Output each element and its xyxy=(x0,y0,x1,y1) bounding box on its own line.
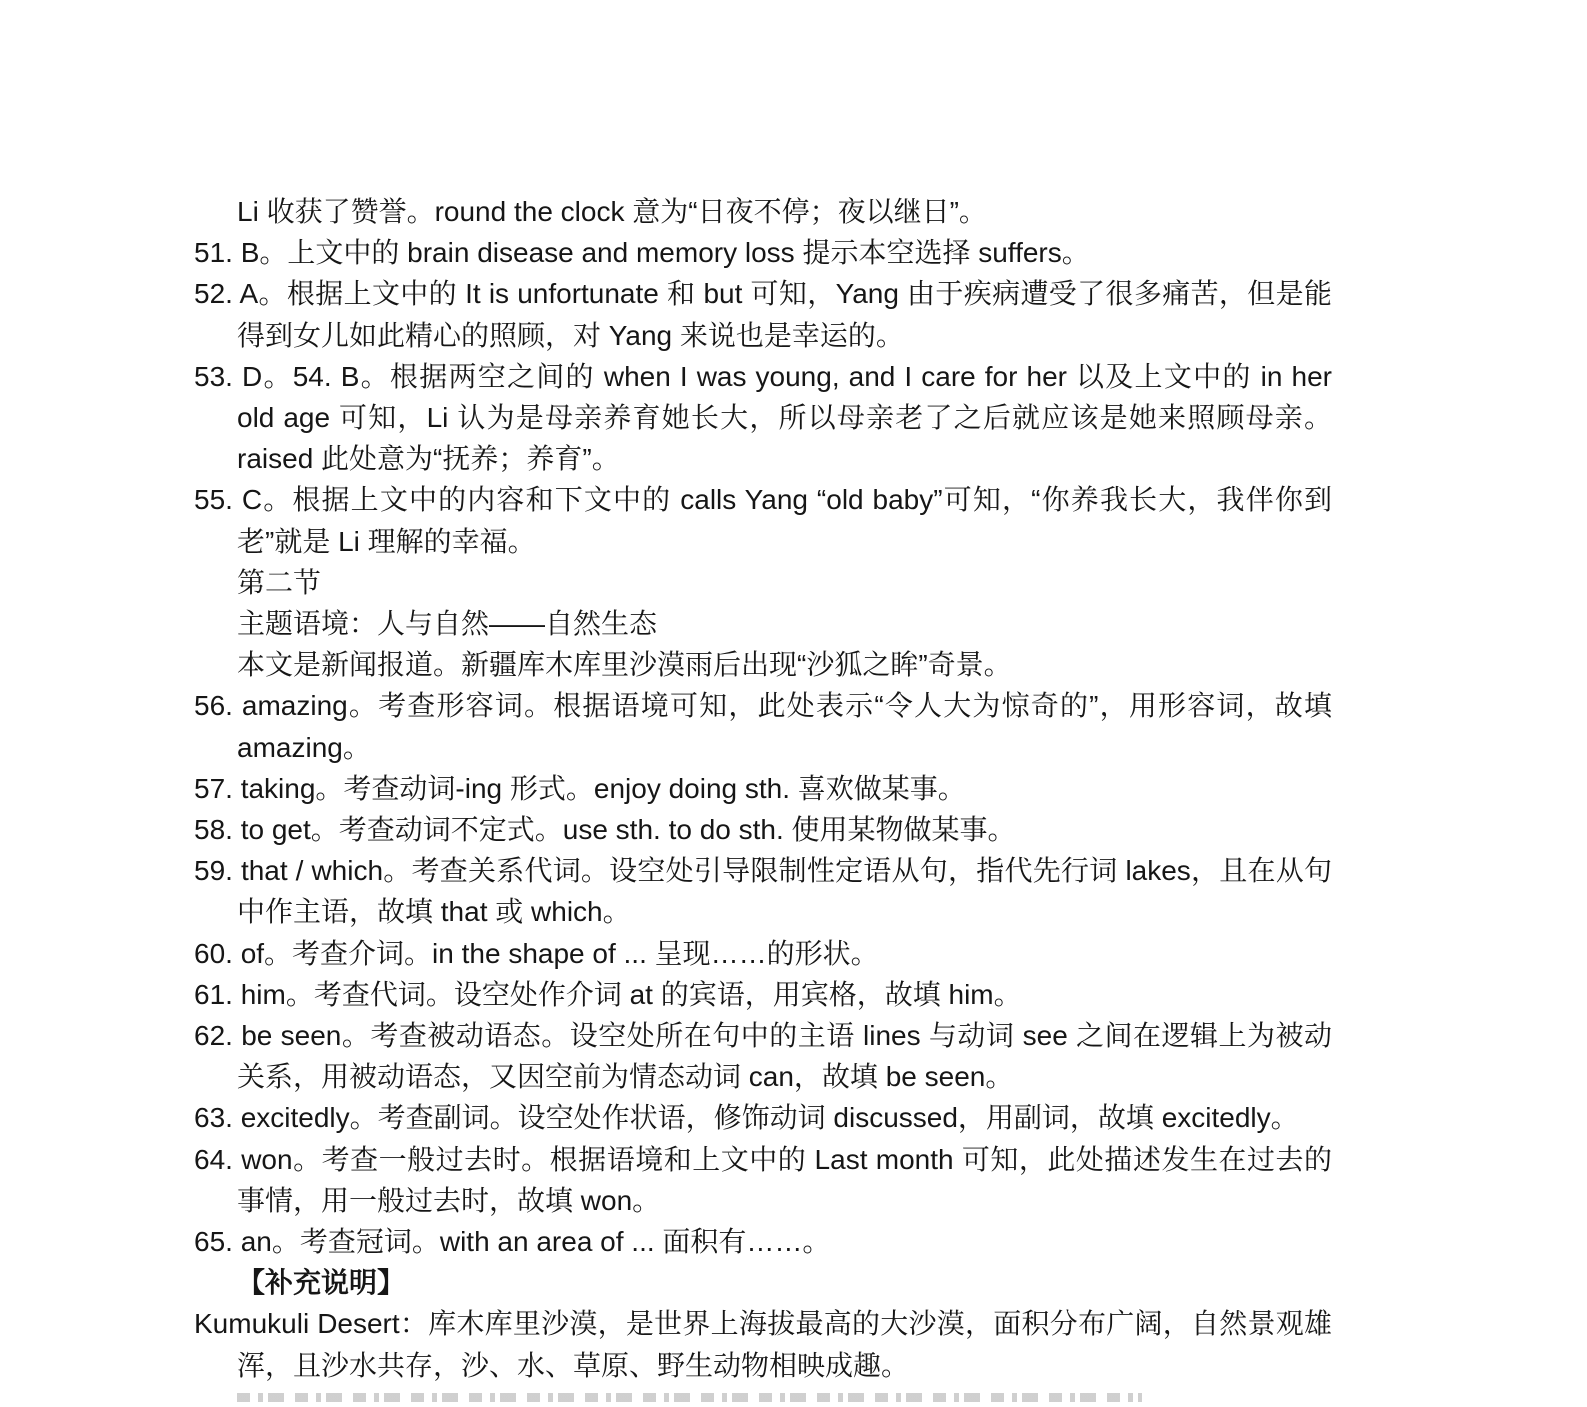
document-page: { "page": { "background": "#ffffff", "te… xyxy=(0,0,1587,1407)
paragraph-answer-59: 59. that / which。考查关系代词。设空处引导限制性定语从句，指代先… xyxy=(237,850,1332,932)
paragraph-answer-58: 58. to get。考查动词不定式。use sth. to do sth. 使… xyxy=(237,809,1332,850)
paragraph-answer-61: 61. him。考查代词。设空处作介词 at 的宾语，用宾格，故填 him。 xyxy=(237,974,1332,1015)
paragraph-answer-57: 57. taking。考查动词-ing 形式。enjoy doing sth. … xyxy=(237,768,1332,809)
paragraph-answer-60: 60. of。考查介词。in the shape of ... 呈现……的形状。 xyxy=(237,933,1332,974)
paragraph-answer-55: 55. C。根据上文中的内容和下文中的 calls Yang “old baby… xyxy=(237,479,1332,561)
supplement-heading: 【补充说明】 xyxy=(237,1262,1332,1303)
paragraph-answer-62: 62. be seen。考查被动语态。设空处所在句中的主语 lines 与动词 … xyxy=(237,1015,1332,1097)
paragraph-answer-53-54: 53. D。54. B。根据两空之间的 when I was young, an… xyxy=(237,356,1332,480)
answer-key-text-block: Li 收获了赞誉。round the clock 意为“日夜不停；夜以继日”。 … xyxy=(237,191,1332,1402)
paragraph-answer-50-continuation: Li 收获了赞誉。round the clock 意为“日夜不停；夜以继日”。 xyxy=(237,191,1332,232)
section-heading: 第二节 xyxy=(237,562,1332,603)
passage-summary-line: 本文是新闻报道。新疆库木库里沙漠雨后出现“沙狐之眸”奇景。 xyxy=(237,644,1332,685)
paragraph-answer-65: 65. an。考查冠词。with an area of ... 面积有……。 xyxy=(237,1221,1332,1262)
paragraph-answer-56: 56. amazing。考查形容词。根据语境可知，此处表示“令人大为惊奇的”，用… xyxy=(237,685,1332,767)
paragraph-answer-64: 64. won。考查一般过去时。根据语境和上文中的 Last month 可知，… xyxy=(237,1139,1332,1221)
theme-context-line: 主题语境：人与自然——自然生态 xyxy=(237,603,1332,644)
paragraph-answer-51: 51. B。上文中的 brain disease and memory loss… xyxy=(237,232,1332,273)
paragraph-answer-63: 63. excitedly。考查副词。设空处作状语，修饰动词 discussed… xyxy=(237,1097,1332,1138)
paragraph-answer-52: 52. A。根据上文中的 It is unfortunate 和 but 可知，… xyxy=(237,273,1332,355)
page-bottom-clipped-line xyxy=(237,1393,1142,1402)
paragraph-supplement-kumukuli: Kumukuli Desert：库木库里沙漠，是世界上海拔最高的大沙漠，面积分布… xyxy=(237,1303,1332,1385)
